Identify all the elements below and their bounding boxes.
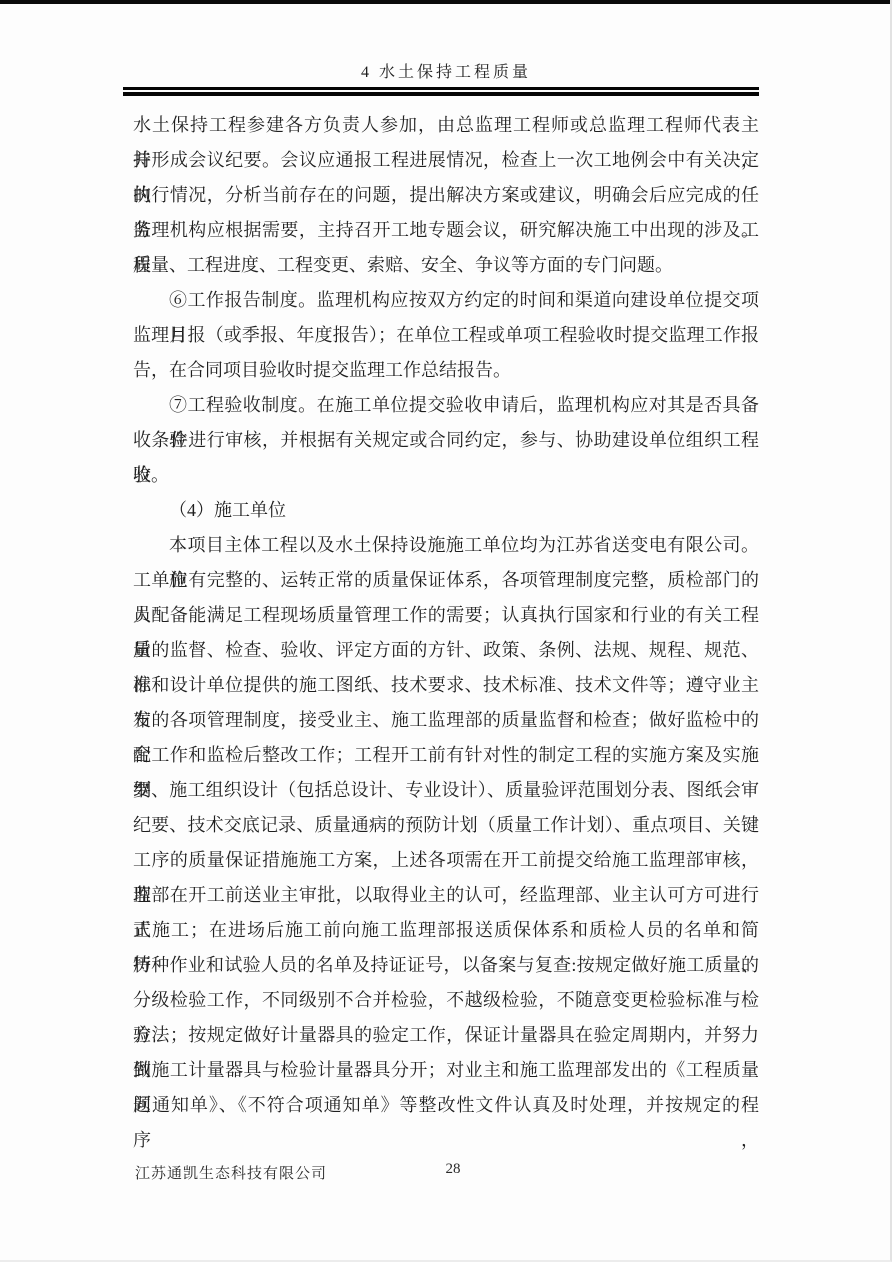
page-header-title: 4 水土保持工程质量 [133,59,759,82]
header-double-rule [123,87,759,96]
text-line: 工单位有完整的、运转正常的质量保证体系，各项管理制度完整，质检部门的人 [133,563,759,598]
text-line: 工序的质量保证措施施工方案，上述各项需在开工前提交给施工监理部审核，监 [133,843,759,878]
text-line: 员配备能满足工程现场质量管理工作的需要；认真执行国家和行业的有关工程质 [133,598,759,633]
footer-page-number: 28 [133,1161,773,1178]
text-line: 并形成会议纪要。会议应通报工程进展情况，检查上一次工地例会中有关决定的 [133,143,759,178]
text-line: 式施工；在进场后施工前向施工监理部报送质保体系和质检人员的名单和简历、 [133,913,759,948]
text-line: 题通知单》、《不符合项通知单》等整改性文件认真及时处理，并按规定的程序， [133,1088,759,1123]
scan-edge-strip [0,0,890,4]
text-line: 量的监督、检查、验收、评定方面的方针、政策、条例、法规、规程、规范、标 [133,633,759,668]
text-line: 质量、工程进度、工程变更、索赔、安全、争议等方面的专门问题。 [133,248,759,283]
text-line: 本项目主体工程以及水土保持设施施工单位均为江苏省送变电有限公司。施 [133,528,759,563]
text-line: 纪要、技术交底记录、质量通病的预防计划（质量工作计划）、重点项目、关键 [133,808,759,843]
text-line: 告，在合同项目验收时提交监理工作总结报告。 [133,353,759,388]
text-line: 特种作业和试验人员的名单及持证证号，以备案与复查:按规定做好施工质量的 [133,948,759,983]
text-line: 监理机构应根据需要，主持召开工地专题会议，研究解决施工中出现的涉及工程 [133,213,759,248]
text-line: 方法；按规定做好计量器具的验定工作，保证计量器具在验定周期内，并努力做 [133,1018,759,1053]
text-line: 布的各项管理制度，接受业主、施工监理部的质量监督和检查；做好监检中的配 [133,703,759,738]
text-line: 要、施工组织设计（包括总设计、专业设计）、质量验评范围划分表、图纸会审 [133,773,759,808]
text-line: 执行情况，分析当前存在的问题，提出解决方案或建议，明确会后应完成的任务。 [133,178,759,213]
text-line: 到施工计量器具与检验计量器具分开；对业主和施工监理部发出的《工程质量问 [133,1053,759,1088]
document-page: 4 水土保持工程质量 水土保持工程参建各方负责人参加，由总监理工程师或总监理工程… [0,0,892,1262]
text-line: ⑥工作报告制度。监理机构应按双方约定的时间和渠道向建设单位提交项目 [133,283,759,318]
text-line: 收。 [133,458,759,493]
text-line: 监理月报（或季报、年度报告）；在单位工程或单项工程验收时提交监理工作报 [133,318,759,353]
text-line: （4）施工单位 [133,493,759,528]
text-line: ⑦工程验收制度。在施工单位提交验收申请后，监理机构应对其是否具备验 [133,388,759,423]
body-lines: 水土保持工程参建各方负责人参加，由总监理工程师或总监理工程师代表主持，并形成会议… [133,108,759,1123]
text-line: 分级检验工作，不同级别不合并检验，不越级检验，不随意变更检验标准与检验 [133,983,759,1018]
text-line: 准和设计单位提供的施工图纸、技术要求、技术标准、技术文件等；遵守业主发 [133,668,759,703]
text-line: 理部在开工前送业主审批，以取得业主的认可，经监理部、业主认可方可进行正 [133,878,759,913]
text-line: 收条件进行审核，并根据有关规定或合同约定，参与、协助建设单位组织工程验 [133,423,759,458]
text-line: 水土保持工程参建各方负责人参加，由总监理工程师或总监理工程师代表主持， [133,108,759,143]
text-line: 合工作和监检后整改工作；工程开工前有针对性的制定工程的实施方案及实施纲 [133,738,759,773]
